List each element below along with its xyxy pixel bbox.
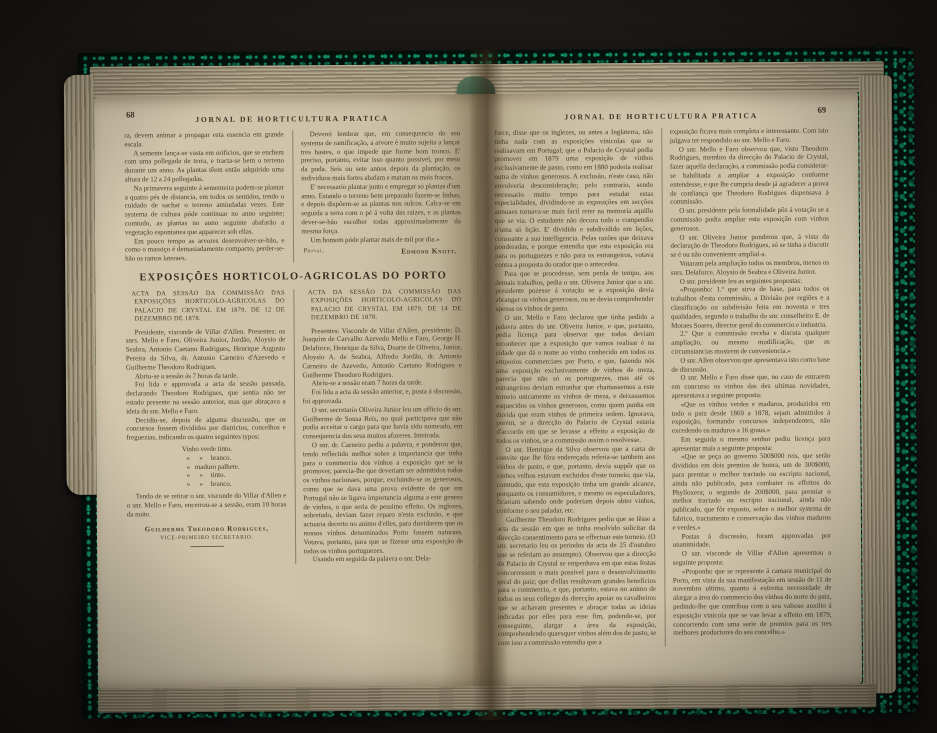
page-edges-left bbox=[64, 75, 97, 495]
wine-type-line: » » branco. bbox=[173, 453, 240, 462]
author-name: Edmond Knott. bbox=[401, 247, 457, 256]
acta-session-14-dec: Acta da sessão da Commissão das Exposiçõ… bbox=[293, 288, 463, 564]
wine-type-line: » » tinto. bbox=[173, 471, 240, 480]
acta-paragraph: O snr. Henrique da Silva observou que a … bbox=[496, 445, 655, 516]
secretary-signature-role: vice-primeiro secretario. bbox=[127, 535, 287, 542]
page-number: 68 bbox=[126, 109, 135, 119]
wine-type-line: Vinho verde tinto. bbox=[173, 445, 240, 454]
article-paragraph: Um homem póde plantar mais de mil por di… bbox=[301, 235, 461, 245]
article-paragraph: Na primavera seguinte á sementeira podem… bbox=[125, 183, 285, 237]
section-title: EXPOSIÇÕES HORTICOLO-AGRICOLAS DO PORTO bbox=[125, 270, 461, 283]
acta-paragraph: O snr. dr. Carneiro pediu a palavra, e p… bbox=[303, 440, 463, 555]
acta-closing: Tendo de se retirar o snr. visconde do V… bbox=[127, 491, 287, 519]
acta-paragraph: exposição ficava mais completa e interes… bbox=[670, 127, 829, 146]
acta-paragraph: Presidente, visconde de Villar d'Allen. … bbox=[126, 327, 286, 372]
article-signoff: Proval. Edmond Knott. bbox=[304, 247, 458, 257]
acta-continuation-columns: force, disse que os inglezes, ou antes a… bbox=[494, 127, 832, 648]
running-title: JORNAL DE HORTICULTURA PRATICA bbox=[564, 111, 758, 121]
article-paragraph: A semente lança-se vasta em orificios, q… bbox=[124, 148, 284, 184]
acta-paragraphs: Presentes: Visconde de Villar d'Allen, p… bbox=[302, 326, 463, 565]
article-column-left: ra, devem animar a propagar esta essenci… bbox=[124, 130, 292, 263]
photo-background: 68 JORNAL DE HORTICULTURA PRATICA ra, de… bbox=[0, 0, 937, 733]
article-column-right: Deverei lembrar que, em consequencia do … bbox=[292, 129, 461, 262]
acta-paragraph: force, disse que os inglezes, ou antes a… bbox=[494, 128, 653, 270]
article-columns: ra, devem animar a propagar esta essenci… bbox=[124, 129, 461, 263]
book: 68 JORNAL DE HORTICULTURA PRATICA ra, de… bbox=[58, 47, 919, 723]
acta-paragraph: Guilherme Theodoro Rodrigues pediu que s… bbox=[497, 515, 656, 648]
acta-paragraph: Usando em seguida da palavra o snr. Dela… bbox=[304, 554, 464, 564]
acta-paragraph: O snr. Oliveira Junior ponderou que, á v… bbox=[670, 232, 829, 259]
left-page: 68 JORNAL DE HORTICULTURA PRATICA ra, de… bbox=[94, 94, 480, 689]
secretary-signature-name: Guilherme Theodoro Rodrigues, bbox=[127, 525, 287, 534]
acta-paragraph: 2.º Que a commissão receba e discuta qua… bbox=[671, 329, 830, 356]
article-paragraph: ra, devem animar a propagar esta essenci… bbox=[124, 130, 284, 149]
acta-paragraph: O snr. secretario Oliveira Junior leu um… bbox=[303, 405, 463, 441]
acta-paragraphs: Presidente, visconde de Villar d'Allen. … bbox=[126, 327, 286, 442]
page-number: 69 bbox=[818, 105, 827, 115]
wine-type-line: » maduro palhete. bbox=[173, 462, 240, 471]
acta-column-right: exposição ficava mais completa e interes… bbox=[661, 127, 832, 647]
running-title: JORNAL DE HORTICULTURA PRATICA bbox=[195, 114, 389, 124]
divider-rule bbox=[190, 546, 224, 547]
article-paragraph: Deverei lembrar que, em consequencia do … bbox=[301, 129, 461, 183]
left-page-content: 68 JORNAL DE HORTICULTURA PRATICA ra, de… bbox=[94, 94, 480, 689]
right-page-header: JORNAL DE HORTICULTURA PRATICA 69 bbox=[494, 105, 828, 123]
acta-paragraph: «Que os vinhos verdes e maduros, produzi… bbox=[672, 399, 831, 435]
author-place: Proval. bbox=[304, 247, 325, 256]
acta-heading: Acta da sessão da Commissão das Exposiçõ… bbox=[125, 289, 285, 324]
left-page-header: 68 JORNAL DE HORTICULTURA PRATICA bbox=[124, 107, 460, 125]
acta-paragraph: «Proponho que se represente á camara mun… bbox=[673, 566, 832, 637]
acta-heading: Acta da sessão da Commissão das Exposiçõ… bbox=[302, 288, 462, 323]
acta-paragraph: O snr. Mello e Faro disse que, no caso d… bbox=[671, 373, 830, 400]
acta-paragraph: O snr. Allen observou que apresentava is… bbox=[671, 355, 830, 374]
acta-paragraph: «Proponho: 1.º que sirva de base, para t… bbox=[671, 285, 830, 330]
acta-paragraph: Para que se procedesse, sem perda de tem… bbox=[495, 269, 654, 314]
article-paragraph: Em pouco tempo as arvores desenvolver-se… bbox=[125, 236, 285, 264]
acta-paragraph: Postas á discussão, foram approvadas por… bbox=[673, 531, 832, 550]
acta-paragraph: Foi lida e approvada a acta da sessão pa… bbox=[126, 380, 286, 416]
acta-paragraph: Votaram pela ampliação todos os membros,… bbox=[671, 259, 830, 278]
acta-column-left: force, disse que os inglezes, ou antes a… bbox=[494, 128, 664, 648]
acta-paragraph: Foi lida a acta da sessão anterior, e, p… bbox=[303, 387, 463, 406]
acta-paragraph: Presentes: Visconde de Villar d'Allen, p… bbox=[302, 326, 462, 380]
acta-paragraph: O snr. Mello e Faro declarou que tinha p… bbox=[496, 313, 655, 446]
page-edges-fore bbox=[859, 75, 896, 693]
wine-type-list: Vinho verde tinto. » » branco. » maduro … bbox=[173, 445, 240, 489]
wine-type-line: » » branco. bbox=[173, 480, 240, 489]
article-paragraphs: Deverei lembrar que, em consequencia do … bbox=[301, 129, 461, 244]
article-paragraph: E' necessario plantar junto e empregar s… bbox=[301, 182, 461, 236]
acta-paragraph: «Que se peça ao governo 500$000 reis, qu… bbox=[672, 452, 831, 532]
acta-paragraph: O snr. presidente pela formalidade pôz á… bbox=[670, 206, 829, 233]
acta-paragraph: O snr. Mello e Faro observou que, visto … bbox=[670, 144, 829, 207]
acta-paragraph: O snr. visconde de Villar d'Allen aprese… bbox=[673, 549, 832, 568]
right-page-content: JORNAL DE HORTICULTURA PRATICA 69 force,… bbox=[476, 91, 862, 686]
acta-session-12-dec: Acta da sessão da Commissão das Exposiçõ… bbox=[125, 289, 294, 565]
acta-columns: Acta da sessão da Commissão das Exposiçõ… bbox=[125, 288, 463, 565]
acta-paragraph: Em seguida o mesmo senhor pediu licença … bbox=[672, 435, 831, 454]
open-spread: 68 JORNAL DE HORTICULTURA PRATICA ra, de… bbox=[94, 91, 862, 688]
right-page: JORNAL DE HORTICULTURA PRATICA 69 force,… bbox=[476, 91, 862, 686]
acta-paragraph: Decidiu-se, depois de alguma discussão, … bbox=[126, 415, 286, 443]
